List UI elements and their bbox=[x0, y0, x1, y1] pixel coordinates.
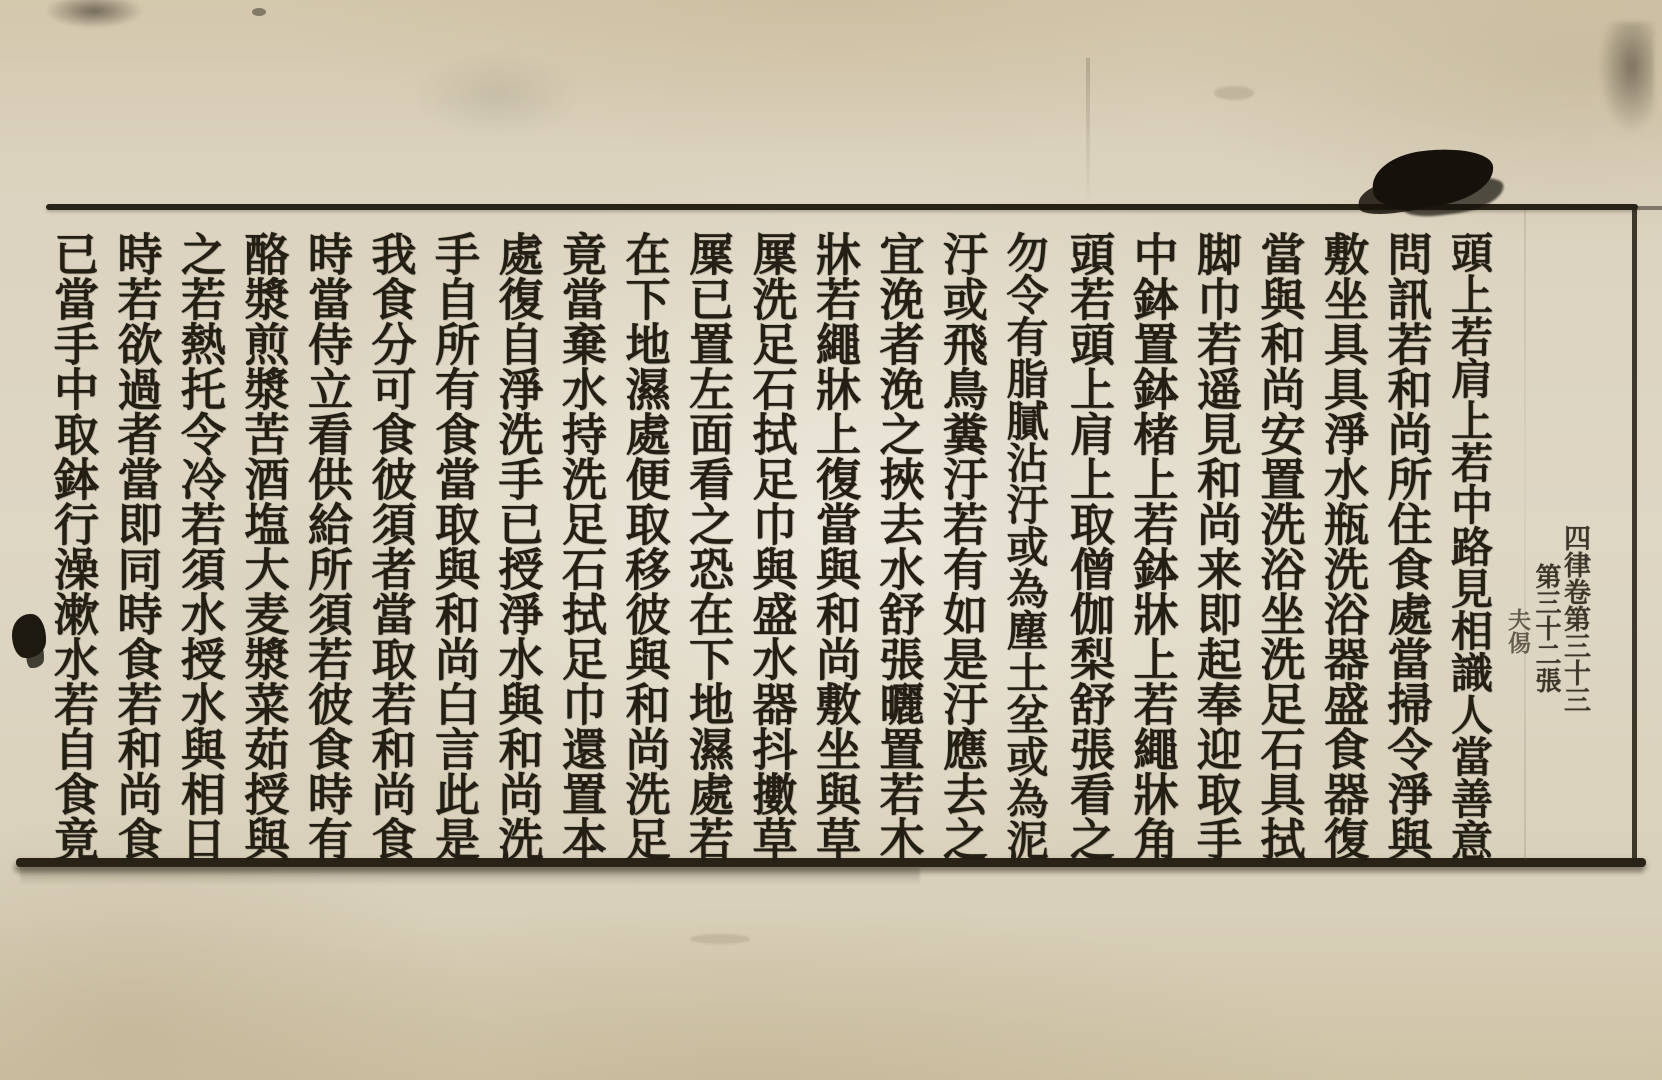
text-column-11: 牀若繩牀上復當與和尚敷坐與草 bbox=[811, 231, 857, 863]
text-column-9: 汙或飛鳥糞汙若有如是汙應去之 bbox=[938, 231, 984, 863]
shadow-band bbox=[20, 867, 920, 885]
text-column-23: 已當手中取鉢行澡漱水若自食竟 bbox=[49, 231, 95, 863]
text-column-18: 我食分可食彼須者當取若和尚食 bbox=[367, 231, 413, 863]
colophon-column: 四律卷第三十三 第三十二張 夫㑥 bbox=[1549, 388, 1589, 848]
ink-blob bbox=[12, 614, 46, 658]
text-column-17: 手自所有食當取與和尚白言此是 bbox=[430, 231, 476, 863]
text-column-3: 敷坐具具淨水瓶洗浴器盛食器復 bbox=[1319, 231, 1365, 863]
paper-speck bbox=[690, 934, 750, 944]
text-column-16: 處復自淨洗手已授淨水與和尚洗 bbox=[494, 231, 540, 863]
ink-smudge bbox=[1369, 143, 1497, 213]
text-columns: 頭上若肩上若中路見相識人當善意問訊若和尚所住食處當掃令淨與敷坐具具淨水瓶洗浴器盛… bbox=[49, 231, 1492, 863]
text-column-21: 之若熱托令冷若須水授水與相日 bbox=[176, 231, 222, 863]
ink-smudge bbox=[46, 0, 142, 28]
text-column-19: 時當侍立看供給所須若彼食時有 bbox=[303, 231, 349, 863]
case-mark: 夫㑥 bbox=[1502, 608, 1532, 654]
text-column-12: 屟洗足石拭足巾與盛水器抖擻草 bbox=[748, 231, 794, 863]
paper-crease bbox=[1524, 210, 1526, 860]
gray-stain bbox=[412, 52, 582, 138]
text-column-15: 竟當棄水持洗足石拭足巾還置本 bbox=[557, 231, 603, 863]
text-column-5: 脚巾若遥見和尚来即起奉迎取手 bbox=[1192, 231, 1238, 863]
ink-speck bbox=[252, 8, 266, 16]
paper-speck bbox=[1214, 86, 1254, 100]
text-column-1: 頭上若肩上若中路見相識人當善意 bbox=[1446, 231, 1492, 863]
text-column-8: 勿令有脂膩沾汙或為塵土坌或為泥 bbox=[1002, 231, 1048, 863]
text-column-20: 酪漿煎漿苦酒塩大麦漿菜茹授與 bbox=[240, 231, 286, 863]
text-column-2: 問訊若和尚所住食處當掃令淨與 bbox=[1383, 231, 1429, 863]
scanned-sutra-page: 頭上若肩上若中路見相識人當善意問訊若和尚所住食處當掃令淨與敷坐具具淨水瓶洗浴器盛… bbox=[0, 0, 1662, 1080]
scroll-title: 四律卷第三十三 bbox=[1560, 524, 1589, 713]
text-column-14: 在下地濕處便取移彼與和尚洗足 bbox=[621, 231, 667, 863]
text-column-10: 宜浼者浼之挾去水舒張曬置若木 bbox=[875, 231, 921, 863]
text-column-13: 屟已置左面看之恐在下地濕處若 bbox=[684, 231, 730, 863]
ink-smudge bbox=[1598, 22, 1654, 134]
sheet-number: 第三十二張 bbox=[1532, 563, 1560, 693]
top-frame-rule bbox=[46, 204, 1638, 210]
text-column-22: 時若欲過者當即同時食若和尚食 bbox=[113, 231, 159, 863]
right-frame-rule bbox=[1632, 206, 1637, 866]
text-column-6: 中鉢置鉢楮上若鉢牀上若繩牀角 bbox=[1129, 231, 1175, 863]
text-column-4: 當與和尚安置洗浴坐洗足石具拭 bbox=[1256, 231, 1302, 863]
fold-streak bbox=[1086, 58, 1090, 208]
text-column-7: 頭若頭上肩上取僧伽梨舒張看之 bbox=[1065, 231, 1111, 863]
